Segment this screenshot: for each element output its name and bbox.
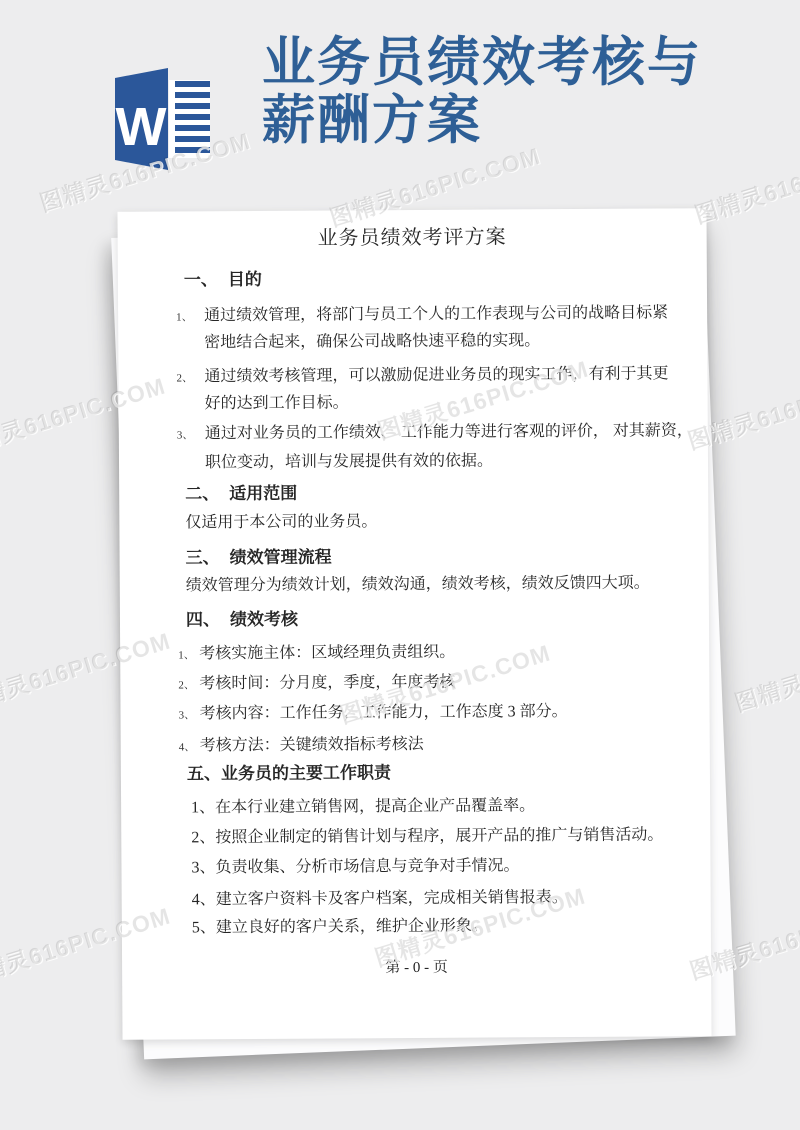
doc-text: 考核时间：分月度，季度，年度考核 [199, 674, 455, 693]
doc-line: 3、通过对业务员的工作绩效、 工作能力等进行客观的评价， 对其薪资， [177, 419, 693, 447]
doc-line: 好的达到工作目标。 [205, 391, 349, 416]
page-number: 第 - 0 - 页 [122, 954, 711, 982]
cover-title: 业务员绩效考核与 薪酬方案 [262, 34, 702, 150]
doc-line: 密地结合起来，确保公司战略快速平稳的实现。 [204, 329, 540, 355]
doc-text: 通过绩效管理，将部门与员工个人的工作表现与公司的战略目标紧 [204, 304, 668, 324]
list-number: 3、 [177, 423, 205, 447]
doc-line: 2、通过绩效考核管理，可以激励促进业务员的现实工作，有利于其更 [176, 362, 668, 390]
section-2-heading: 二、适用范围 [185, 482, 297, 507]
word-document-icon: W [112, 66, 214, 172]
section-4-heading: 四、绩效考核 [186, 608, 298, 633]
section-1-number: 一、 [184, 268, 228, 292]
doc-text: 建立良好的客户关系，维护企业形象。 [216, 918, 488, 937]
section-1-title: 目的 [228, 270, 262, 289]
cover-title-line1: 业务员绩效考核与 [262, 34, 702, 92]
doc-text: 负责收集、分析市场信息与竞争对手情况。 [215, 857, 519, 876]
list-number: 5、 [192, 919, 216, 936]
doc-line: 2、按照企业制定的销售计划与程序，展开产品的推广与销售活动。 [191, 823, 663, 850]
list-number: 4、 [179, 735, 200, 759]
doc-line: 1、在本行业建立销售网，提高企业产品覆盖率。 [191, 794, 535, 820]
doc-line: 仅适用于本公司的业务员。 [185, 510, 377, 535]
word-icon: W [112, 66, 214, 177]
list-number: 2、 [178, 673, 199, 697]
list-number: 1、 [176, 305, 204, 329]
doc-line: 绩效管理分为绩效计划，绩效沟通，绩效考核，绩效反馈四大项。 [186, 572, 650, 599]
doc-line: 4、建立客户资料卡及客户档案，完成相关销售报表。 [192, 886, 568, 912]
document-page: 业务员绩效考评方案 一、目的 1、通过绩效管理，将部门与员工个人的工作表现与公司… [117, 208, 711, 1040]
list-number: 3、 [191, 859, 215, 876]
section-5-heading: 五、业务员的主要工作职责 [187, 761, 391, 786]
doc-title: 业务员绩效考评方案 [118, 224, 707, 252]
section-4-title: 绩效考核 [230, 610, 298, 629]
doc-line: 3、负责收集、分析市场信息与竞争对手情况。 [191, 854, 519, 880]
doc-text: 考核方法：关键绩效指标考核法 [200, 736, 424, 754]
section-2-title: 适用范围 [229, 484, 297, 503]
section-1-heading: 一、目的 [184, 268, 262, 292]
list-number: 1、 [191, 799, 215, 816]
section-2-number: 二、 [185, 482, 229, 506]
doc-line: 2、考核时间：分月度，季度，年度考核 [178, 671, 455, 698]
doc-line: 3、考核内容：工作任务，工作能力，工作态度 3 部分。 [178, 700, 567, 727]
watermark-text: 图精灵616PIC.COM [690, 135, 800, 231]
list-number: 2、 [176, 366, 204, 390]
doc-line: 职位变动，培训与发展提供有效的依据。 [205, 450, 493, 476]
doc-text: 考核实施主体：区域经理负责组织。 [199, 644, 455, 663]
doc-line: 5、建立良好的客户关系，维护企业形象。 [192, 915, 488, 941]
doc-text: 按照企业制定的销售计划与程序，展开产品的推广与销售活动。 [215, 826, 663, 846]
doc-text: 通过对业务员的工作绩效、 工作能力等进行客观的评价， 对其薪资， [205, 422, 693, 442]
list-number: 1、 [178, 643, 199, 667]
list-number: 4、 [192, 891, 216, 908]
doc-text: 在本行业建立销售网，提高企业产品覆盖率。 [215, 797, 535, 816]
doc-text: 通过绩效考核管理，可以激励促进业务员的现实工作，有利于其更 [204, 365, 668, 385]
section-3-number: 三、 [186, 546, 230, 570]
word-icon-letter: W [116, 97, 167, 157]
doc-line: 1、考核实施主体：区域经理负责组织。 [178, 641, 455, 668]
doc-text: 建立客户资料卡及客户档案，完成相关销售报表。 [216, 889, 568, 908]
list-number: 2、 [191, 829, 215, 846]
watermark-text: 图精灵616PIC.COM [730, 623, 800, 719]
list-number: 3、 [178, 703, 199, 727]
doc-line: 4、考核方法：关键绩效指标考核法 [179, 733, 424, 759]
section-3-heading: 三、绩效管理流程 [186, 546, 332, 571]
section-3-title: 绩效管理流程 [230, 548, 332, 568]
doc-line: 1、通过绩效管理，将部门与员工个人的工作表现与公司的战略目标紧 [176, 301, 668, 329]
cover-title-line2: 薪酬方案 [262, 92, 702, 150]
section-4-number: 四、 [186, 608, 230, 632]
doc-text: 考核内容：工作任务，工作能力，工作态度 3 部分。 [199, 703, 567, 722]
